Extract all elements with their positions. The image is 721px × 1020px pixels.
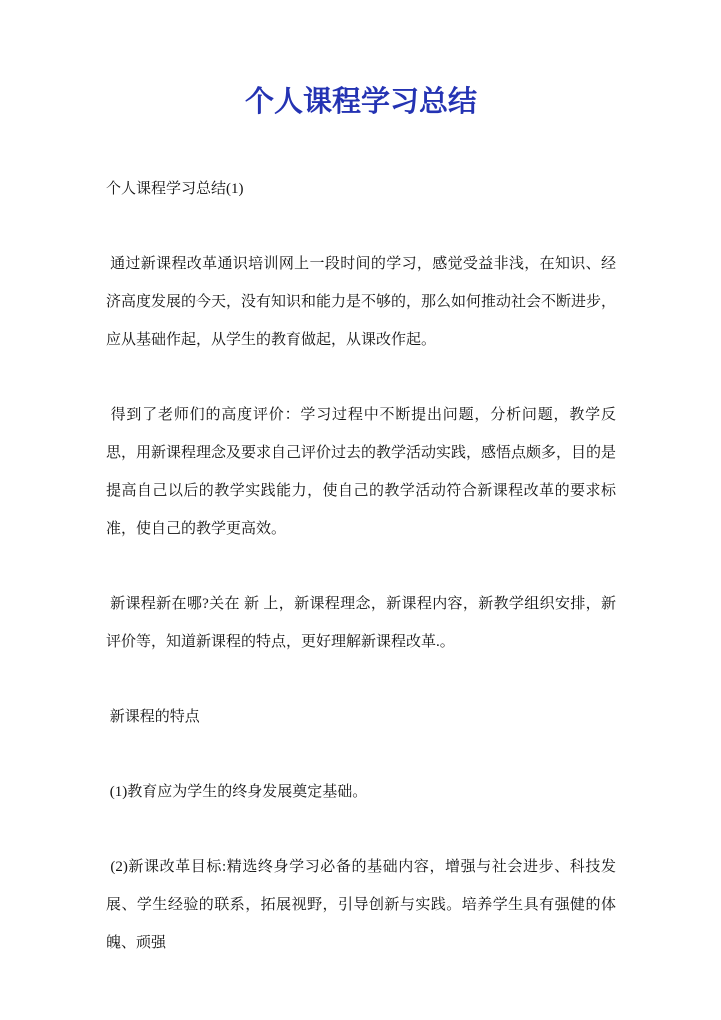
document-title: 个人课程学习总结 [106, 84, 616, 120]
section-heading-features: 新课程的特点 [106, 698, 616, 736]
paragraph-evaluation: 得到了老师们的高度评价：学习过程中不断提出问题，分析问题，教学反思，用新课程理念… [106, 396, 616, 548]
document-page: 个人课程学习总结 个人课程学习总结(1) 通过新课程改革通识培训网上一段时间的学… [0, 0, 721, 1020]
paragraph-intro: 通过新课程改革通识培训网上一段时间的学习，感觉受益非浅，在知识、经济高度发展的今… [106, 245, 616, 359]
list-item-1: (1)教育应为学生的终身发展奠定基础。 [106, 773, 616, 811]
list-item-2: (2)新课改革目标:精选终身学习必备的基础内容，增强与社会进步、科技发展、学生经… [106, 848, 616, 962]
document-subtitle: 个人课程学习总结(1) [106, 170, 616, 208]
paragraph-new-curriculum: 新课程新在哪?关在 新 上，新课程理念，新课程内容，新教学组织安排，新评价等，知… [106, 585, 616, 661]
